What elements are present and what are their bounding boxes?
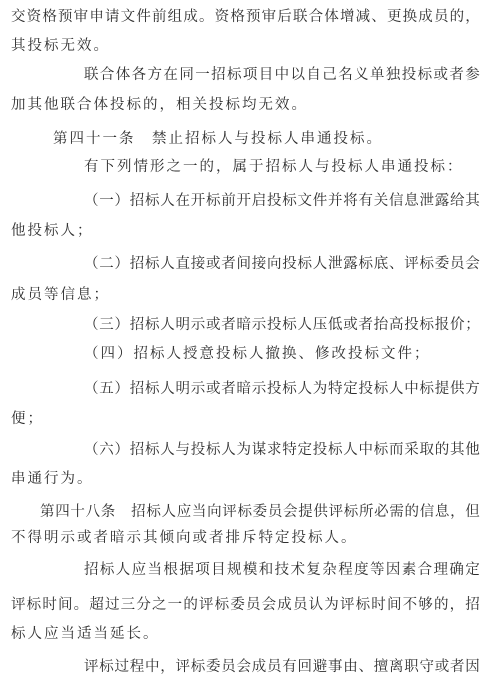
document-line: 有下列情形之一的，属于招标人与投标人串通投标： [11,158,480,176]
document-line: 交资格预审申请文件前组成。资格预审后联合体增减、更换成员的， [11,8,480,26]
document-line-item-6: （六）招标人与投标人为谋求特定投标人中标而采取的其他 [11,441,480,459]
document-line: 标人应当适当延长。 [11,625,480,643]
document-line: 便； [11,410,480,428]
document-line-item-1: （一）招标人在开标前开启投标文件并将有关信息泄露给其 [11,192,480,210]
document-line: 评标时间。超过三分之一的评标委员会成员认为评标时间不够的，招 [11,596,480,614]
document-line: 不得明示或者暗示其倾向或者排斥特定投标人。 [11,529,480,547]
document-line: 成员等信息； [11,286,480,304]
document-line: 评标过程中，评标委员会成员有回避事由、擅离职守或者因 [11,658,480,676]
document-line-item-4: （四）招标人授意投标人撤换、修改投标文件； [11,345,480,363]
document-line: 其投标无效。 [11,37,480,55]
document-line-item-2: （二）招标人直接或者间接向投标人泄露标底、评标委员会 [11,255,480,273]
document-line: 串通行为。 [11,470,480,488]
document-line: 联合体各方在同一招标项目中以自己名义单独投标或者参 [11,66,480,84]
document-line-article-48: 第四十八条 招标人应当向评标委员会提供评标所必需的信息，但 [11,503,480,521]
document-line-item-5: （五）招标人明示或者暗示投标人为特定投标人中标提供方 [11,380,480,398]
document-line-item-3: （三）招标人明示或者暗示投标人压低或者抬高投标报价； [11,316,480,334]
document-line: 招标人应当根据项目规模和技术复杂程度等因素合理确定 [11,561,480,579]
document-line-article-41: 第四十一条 禁止招标人与投标人串通投标。 [11,130,480,148]
document-line: 他投标人； [11,222,480,240]
document-page: 交资格预审申请文件前组成。资格预审后联合体增减、更换成员的， 其投标无效。 联合… [0,0,492,700]
document-line: 加其他联合体投标的，相关投标均无效。 [11,96,480,114]
